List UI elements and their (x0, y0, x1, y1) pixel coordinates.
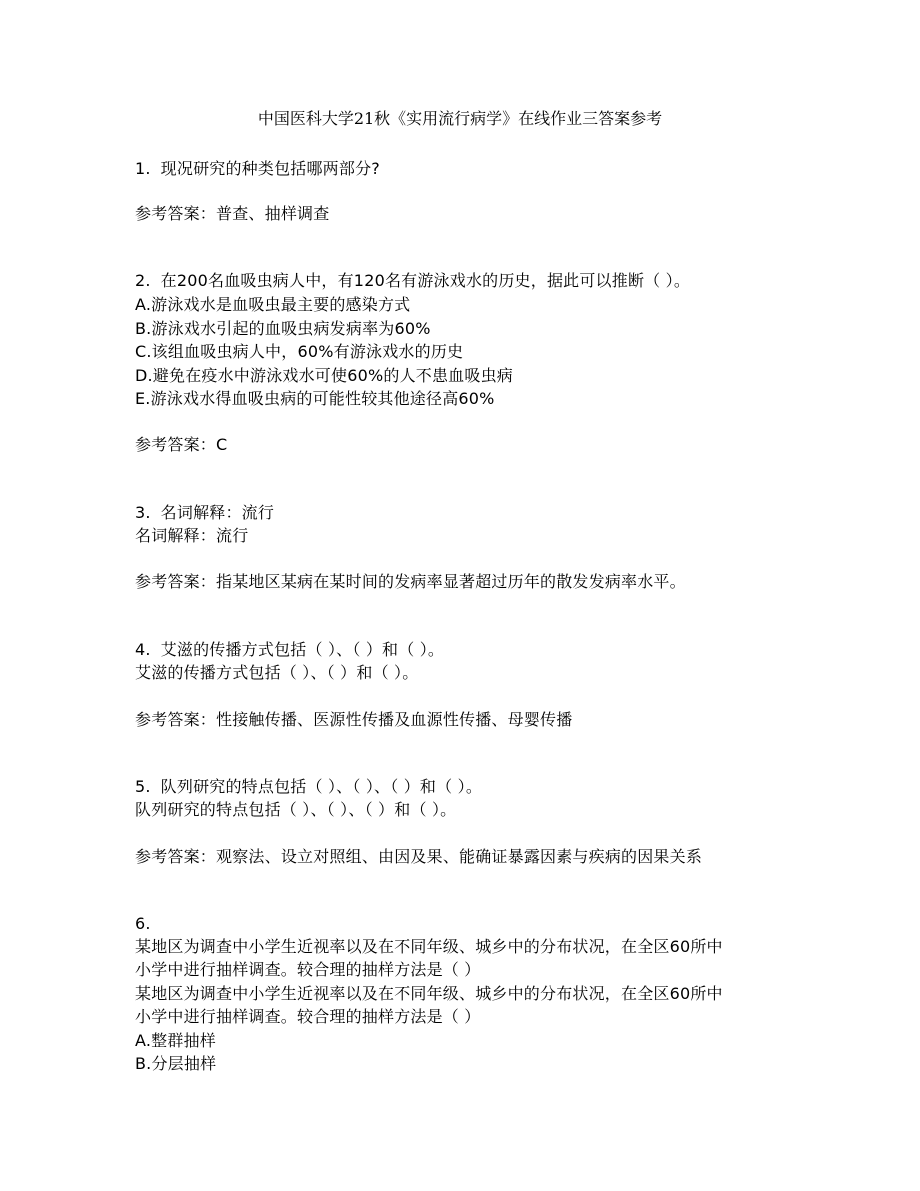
question-number: 4. (135, 639, 151, 661)
question-text: 在200名血吸虫病人中，有120名有游泳戏水的历史，据此可以推断（ ）。 (161, 271, 690, 290)
question-6-stem-line-1: 某地区为调查中小学生近视率以及在不同年级、城乡中的分布状况，在全区60所中 (135, 936, 723, 958)
question-6-stem-repeat-line-1: 某地区为调查中小学生近视率以及在不同年级、城乡中的分布状况，在全区60所中 (135, 983, 723, 1005)
question-text: 队列研究的特点包括（ ）、（ ）、（ ）和（ ）。 (161, 777, 482, 796)
question-2-stem: 2.在200名血吸虫病人中，有120名有游泳戏水的历史，据此可以推断（ ）。 (135, 270, 690, 292)
question-2-option-c: C.该组血吸虫病人中，60%有游泳戏水的历史 (135, 341, 463, 363)
answer-prefix: 参考答案： (135, 572, 216, 591)
question-4-stem: 4.艾滋的传播方式包括（ ）、（ ）和（ ）。 (135, 639, 444, 661)
question-6-number: 6. (135, 913, 151, 935)
question-2-option-a: A.游泳戏水是血吸虫最主要的感染方式 (135, 294, 410, 316)
answer-prefix: 参考答案： (135, 435, 216, 454)
answer-prefix: 参考答案： (135, 847, 216, 866)
question-4-stem-repeat: 艾滋的传播方式包括（ ）、（ ）和（ ）。 (135, 662, 418, 684)
answer-prefix: 参考答案： (135, 710, 216, 729)
question-4-answer: 参考答案：性接触传播、医源性传播及血源性传播、母婴传播 (135, 709, 572, 731)
question-number: 2. (135, 270, 151, 292)
question-6-option-a: A.整群抽样 (135, 1030, 216, 1052)
question-6-stem-line-2: 小学中进行抽样调查。较合理的抽样方法是（ ） (135, 959, 481, 981)
question-text: 艾滋的传播方式包括（ ）、（ ）和（ ）。 (161, 640, 444, 659)
answer-text: 性接触传播、医源性传播及血源性传播、母婴传播 (216, 710, 572, 729)
answer-text: C (216, 435, 227, 454)
question-text: 现况研究的种类包括哪两部分? (161, 159, 380, 178)
question-2-option-d: D.避免在疫水中游泳戏水可使60%的人不患血吸虫病 (135, 365, 513, 387)
document-title: 中国医科大学21秋《实用流行病学》在线作业三答案参考 (0, 108, 920, 130)
question-number: 1. (135, 158, 151, 180)
document-page: 中国医科大学21秋《实用流行病学》在线作业三答案参考 1.现况研究的种类包括哪两… (0, 0, 920, 1191)
question-5-answer: 参考答案：观察法、设立对照组、由因及果、能确证暴露因素与疾病的因果关系 (135, 846, 702, 868)
answer-prefix: 参考答案： (135, 204, 216, 223)
question-2-answer: 参考答案：C (135, 434, 227, 456)
question-1-stem: 1.现况研究的种类包括哪两部分? (135, 158, 380, 180)
question-3-stem-repeat: 名词解释：流行 (135, 525, 248, 547)
answer-text: 普查、抽样调查 (216, 204, 329, 223)
question-5-stem: 5.队列研究的特点包括（ ）、（ ）、（ ）和（ ）。 (135, 776, 482, 798)
question-3-answer: 参考答案：指某地区某病在某时间的发病率显著超过历年的散发发病率水平。 (135, 571, 686, 593)
question-2-option-b: B.游泳戏水引起的血吸虫病发病率为60% (135, 318, 431, 340)
question-1-answer: 参考答案：普查、抽样调查 (135, 203, 329, 225)
question-text: 名词解释：流行 (161, 503, 274, 522)
question-6-option-b: B.分层抽样 (135, 1053, 216, 1075)
question-number: 5. (135, 776, 151, 798)
question-5-stem-repeat: 队列研究的特点包括（ ）、（ ）、（ ）和（ ）。 (135, 799, 456, 821)
question-2-option-e: E.游泳戏水得血吸虫病的可能性较其他途径高60% (135, 388, 495, 410)
answer-text: 指某地区某病在某时间的发病率显著超过历年的散发发病率水平。 (216, 572, 686, 591)
question-3-stem: 3.名词解释：流行 (135, 502, 274, 524)
question-number: 3. (135, 502, 151, 524)
question-6-stem-repeat-line-2: 小学中进行抽样调查。较合理的抽样方法是（ ） (135, 1006, 481, 1028)
answer-text: 观察法、设立对照组、由因及果、能确证暴露因素与疾病的因果关系 (216, 847, 702, 866)
